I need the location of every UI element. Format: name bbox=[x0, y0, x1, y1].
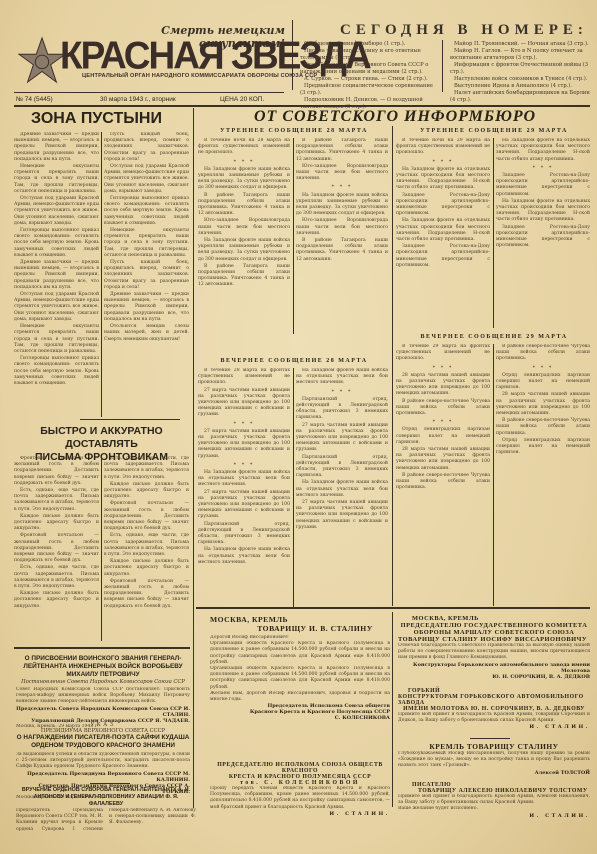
today-in-issue-title: СЕГОДНЯ В НОМЕРЕ: bbox=[340, 22, 588, 39]
toc-item: Предмайское социалистическое соревновани… bbox=[300, 83, 438, 97]
decree-voroby: О ПРИСВОЕНИИ ВОИНСКОГО ЗВАНИЯ ГЕНЕРАЛ-ЛЕ… bbox=[16, 655, 190, 730]
evening-29-title: ВЕЧЕРНЕЕ СООБЩЕНИЕ 29 МАРТА bbox=[396, 334, 592, 340]
evening-28-col-1: В течение 28 марта на фронтах существенн… bbox=[198, 368, 290, 608]
divider bbox=[80, 419, 180, 420]
toc-divider bbox=[442, 40, 443, 92]
column-rule bbox=[493, 344, 494, 606]
column-rule bbox=[493, 138, 494, 328]
masthead-divider bbox=[292, 20, 293, 90]
telegram-tolstoy-reply: ПИСАТЕЛЮ ТОВАРИЩУ АЛЕКСЕЮ НИКОЛАЕВИЧУ ТО… bbox=[398, 782, 590, 819]
toc-item: Письма товарищу Сталину и его ответные т… bbox=[300, 48, 438, 62]
issue-date: 30 марта 1943 г., вторник bbox=[100, 96, 176, 103]
issue-number: № 74 (5445) bbox=[16, 96, 53, 103]
today-right-list: Майор П. Трояновский. — Ночная атака (3 … bbox=[450, 41, 590, 104]
morning-29-title: УТРЕННЕЕ СООБЩЕНИЕ 29 МАРТА bbox=[396, 128, 592, 134]
toc-item: А. Сурков. — Строки гнева. — Стихи (2 ст… bbox=[300, 76, 438, 83]
evening-29-col-2: В районе северо-восточнее Чугуева наши в… bbox=[496, 344, 590, 606]
toc-item: Майор П. Трояновский. — Ночная атака (3 … bbox=[450, 41, 590, 48]
column-rule bbox=[193, 108, 194, 808]
telegram-gorky-reply: ГОРЬКИЙ КОНСТРУКТОРАМ ГОРЬКОВСКОГО АВТОМ… bbox=[398, 688, 590, 730]
toc-item: Указ Президиума Верховного Совета СССР о… bbox=[300, 62, 438, 76]
toc-item: Майор Н. Гаглов. — Кто в N полку отвечае… bbox=[450, 48, 590, 62]
column-rule bbox=[293, 138, 294, 334]
telegrams-rule bbox=[196, 607, 590, 609]
toc-item: Сообщение Совинформбюро (1 стр.). bbox=[300, 41, 438, 48]
morning-28-col-2: В районе Таганрога наши подразделения от… bbox=[296, 138, 388, 334]
telegram-gorky-letter: МОСКВА, КРЕМЛЬ ПРЕДСЕДАТЕЛЮ ГОСУДАРСТВЕН… bbox=[398, 615, 590, 680]
telegram-reply-kolesnikova: ПРЕДСЕДАТЕЛЮ ИСПОЛКОМА СОЮЗА ОБЩЕСТВ КРА… bbox=[210, 762, 390, 817]
column-rule bbox=[101, 456, 102, 641]
evening-28-title: ВЕЧЕРНЕЕ СООБЩЕНИЕ 28 МАРТА bbox=[198, 358, 390, 364]
toc-item: Налет английских бомбардировщиков на Бер… bbox=[450, 90, 590, 104]
telegram-kolesnikova: МОСКВА, КРЕМЛЬ ТОВАРИЩУ И. В. СТАЛИНУ До… bbox=[210, 615, 390, 721]
masthead-rule bbox=[14, 105, 590, 107]
morning-29-col-1: В течение ночи на 29 марта на фронтах су… bbox=[396, 138, 490, 328]
telegram-tolstoy-letter: КРЕМЛЬ ТОВАРИЩУ СТАЛИНУ Глубокоуважаемый… bbox=[398, 742, 590, 776]
editorial-title: ЗОНА ПУСТЫНИ bbox=[14, 110, 179, 128]
column-rule bbox=[392, 612, 393, 807]
editorial-col-2: Пусть каждый боец, продвигаясь вперед, п… bbox=[104, 132, 189, 417]
red-star-icon bbox=[18, 36, 66, 84]
divider bbox=[90, 783, 130, 784]
morning-28-col-1: В течение ночи на 28 марта на фронтах су… bbox=[198, 138, 290, 334]
toc-item: Выступление Идена в Аннаполисе (4 стр.). bbox=[450, 83, 590, 90]
divider bbox=[14, 647, 190, 649]
editorial-col-1: Древние захватчики — предки нынешних нем… bbox=[14, 132, 99, 417]
masthead-subtitle: ЦЕНТРАЛЬНЫЙ ОРГАН НАРОДНОГО КОММИССАРИАТ… bbox=[82, 73, 317, 79]
letters-col-1: Фронтовой почтальон — желанный гость в л… bbox=[14, 456, 99, 641]
today-left-list: Сообщение Совинформбюро (1 стр.). Письма… bbox=[300, 41, 438, 111]
toc-item: Наступление войск союзников в Тунисе (4 … bbox=[450, 76, 590, 83]
evening-28-col-2: На Западном фронте наши войска на отдель… bbox=[296, 368, 388, 608]
morning-28-title: УТРЕННЕЕ СООБЩЕНИЕ 28 МАРТА bbox=[198, 128, 390, 134]
morning-29-col-2: На Западном фронте на отдельных участках… bbox=[496, 138, 590, 328]
column-rule bbox=[392, 126, 393, 606]
letters-col-2: Есть, однако, еще части, где почта задер… bbox=[104, 456, 189, 641]
column-rule bbox=[101, 132, 102, 417]
column-rule bbox=[293, 368, 294, 608]
sovinform-title: ОТ СОВЕТСКОГО ИНФОРМБЮРО bbox=[215, 108, 575, 126]
toc-item: Информация с фронтов Отечественной войны… bbox=[450, 62, 590, 76]
issue-price: ЦЕНА 20 КОП. bbox=[220, 96, 264, 103]
newspaper-page: Смерть немецким оккупантам! КРАСНАЯ ЗВЕЗ… bbox=[0, 0, 597, 854]
divider bbox=[470, 738, 510, 739]
evening-29-col-1: В течение 29 марта на фронтах существенн… bbox=[396, 344, 490, 606]
award-article: ВРУЧЕНИЕ ОРДЕНОВ СУВОРОВА ГЕНЕРАЛ-ЛЕЙТЕН… bbox=[16, 787, 196, 833]
issue-rule-top bbox=[14, 92, 284, 93]
